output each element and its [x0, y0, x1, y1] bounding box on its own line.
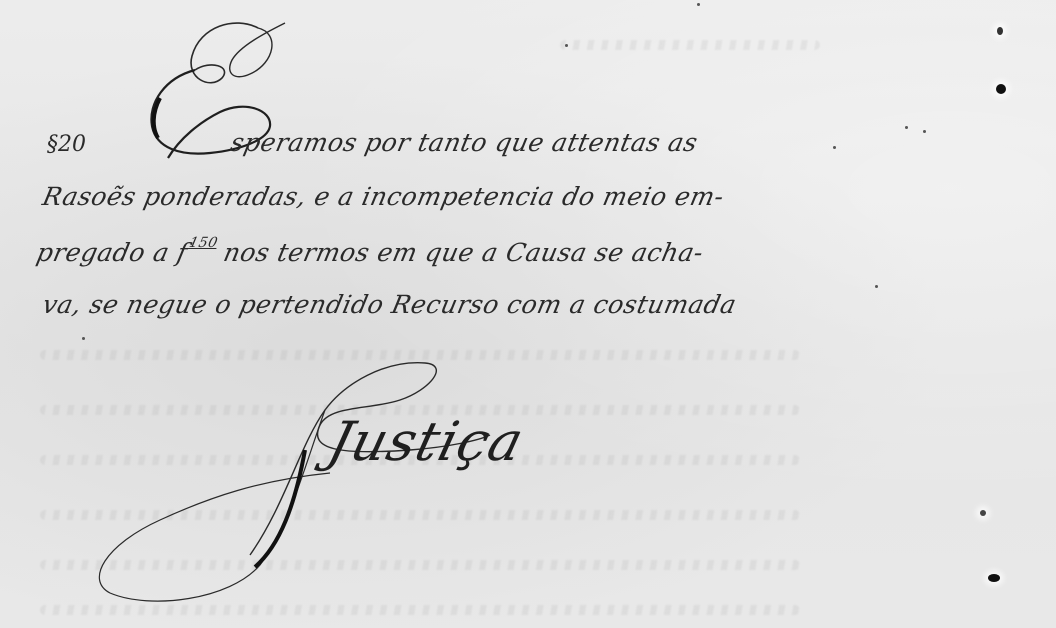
line-3-after: nos termos em que a Causa se acha-: [213, 238, 707, 267]
line-2-text: Rasoẽs ponderadas, e a incompetencia do …: [40, 182, 727, 211]
binding-hole: [996, 84, 1006, 94]
signature-word: Justiça: [322, 410, 530, 473]
line-3-before: pregado a f: [34, 238, 190, 267]
ink-speck: [833, 146, 836, 149]
binding-hole: [980, 510, 986, 516]
ink-speck: [905, 126, 908, 129]
ink-speck: [875, 285, 878, 288]
binding-hole: [997, 27, 1003, 35]
text-line-1: speramos por tanto que attentas as: [228, 128, 700, 157]
bleed-through-line: [560, 40, 820, 50]
binding-hole: [988, 574, 1000, 582]
manuscript-page: §20 speramos por tanto que attentas as R…: [0, 0, 1056, 628]
line-1-text: speramos por tanto que attentas as: [228, 128, 700, 157]
line-3-superscript-value: 150: [188, 235, 220, 251]
text-line-4: va, se negue o pertendido Recurso com a …: [40, 290, 739, 319]
line-4-text: va, se negue o pertendido Recurso com a …: [40, 290, 739, 319]
ink-speck: [923, 130, 926, 133]
ink-speck: [697, 3, 700, 6]
ink-speck: [82, 337, 85, 340]
text-line-3: pregado a f150 nos termos em que a Causa…: [34, 238, 706, 267]
section-number: §20: [47, 132, 86, 157]
signature-j-flourish: [90, 355, 610, 610]
text-line-2: Rasoẽs ponderadas, e a incompetencia do …: [40, 182, 727, 211]
ink-speck: [565, 44, 568, 47]
